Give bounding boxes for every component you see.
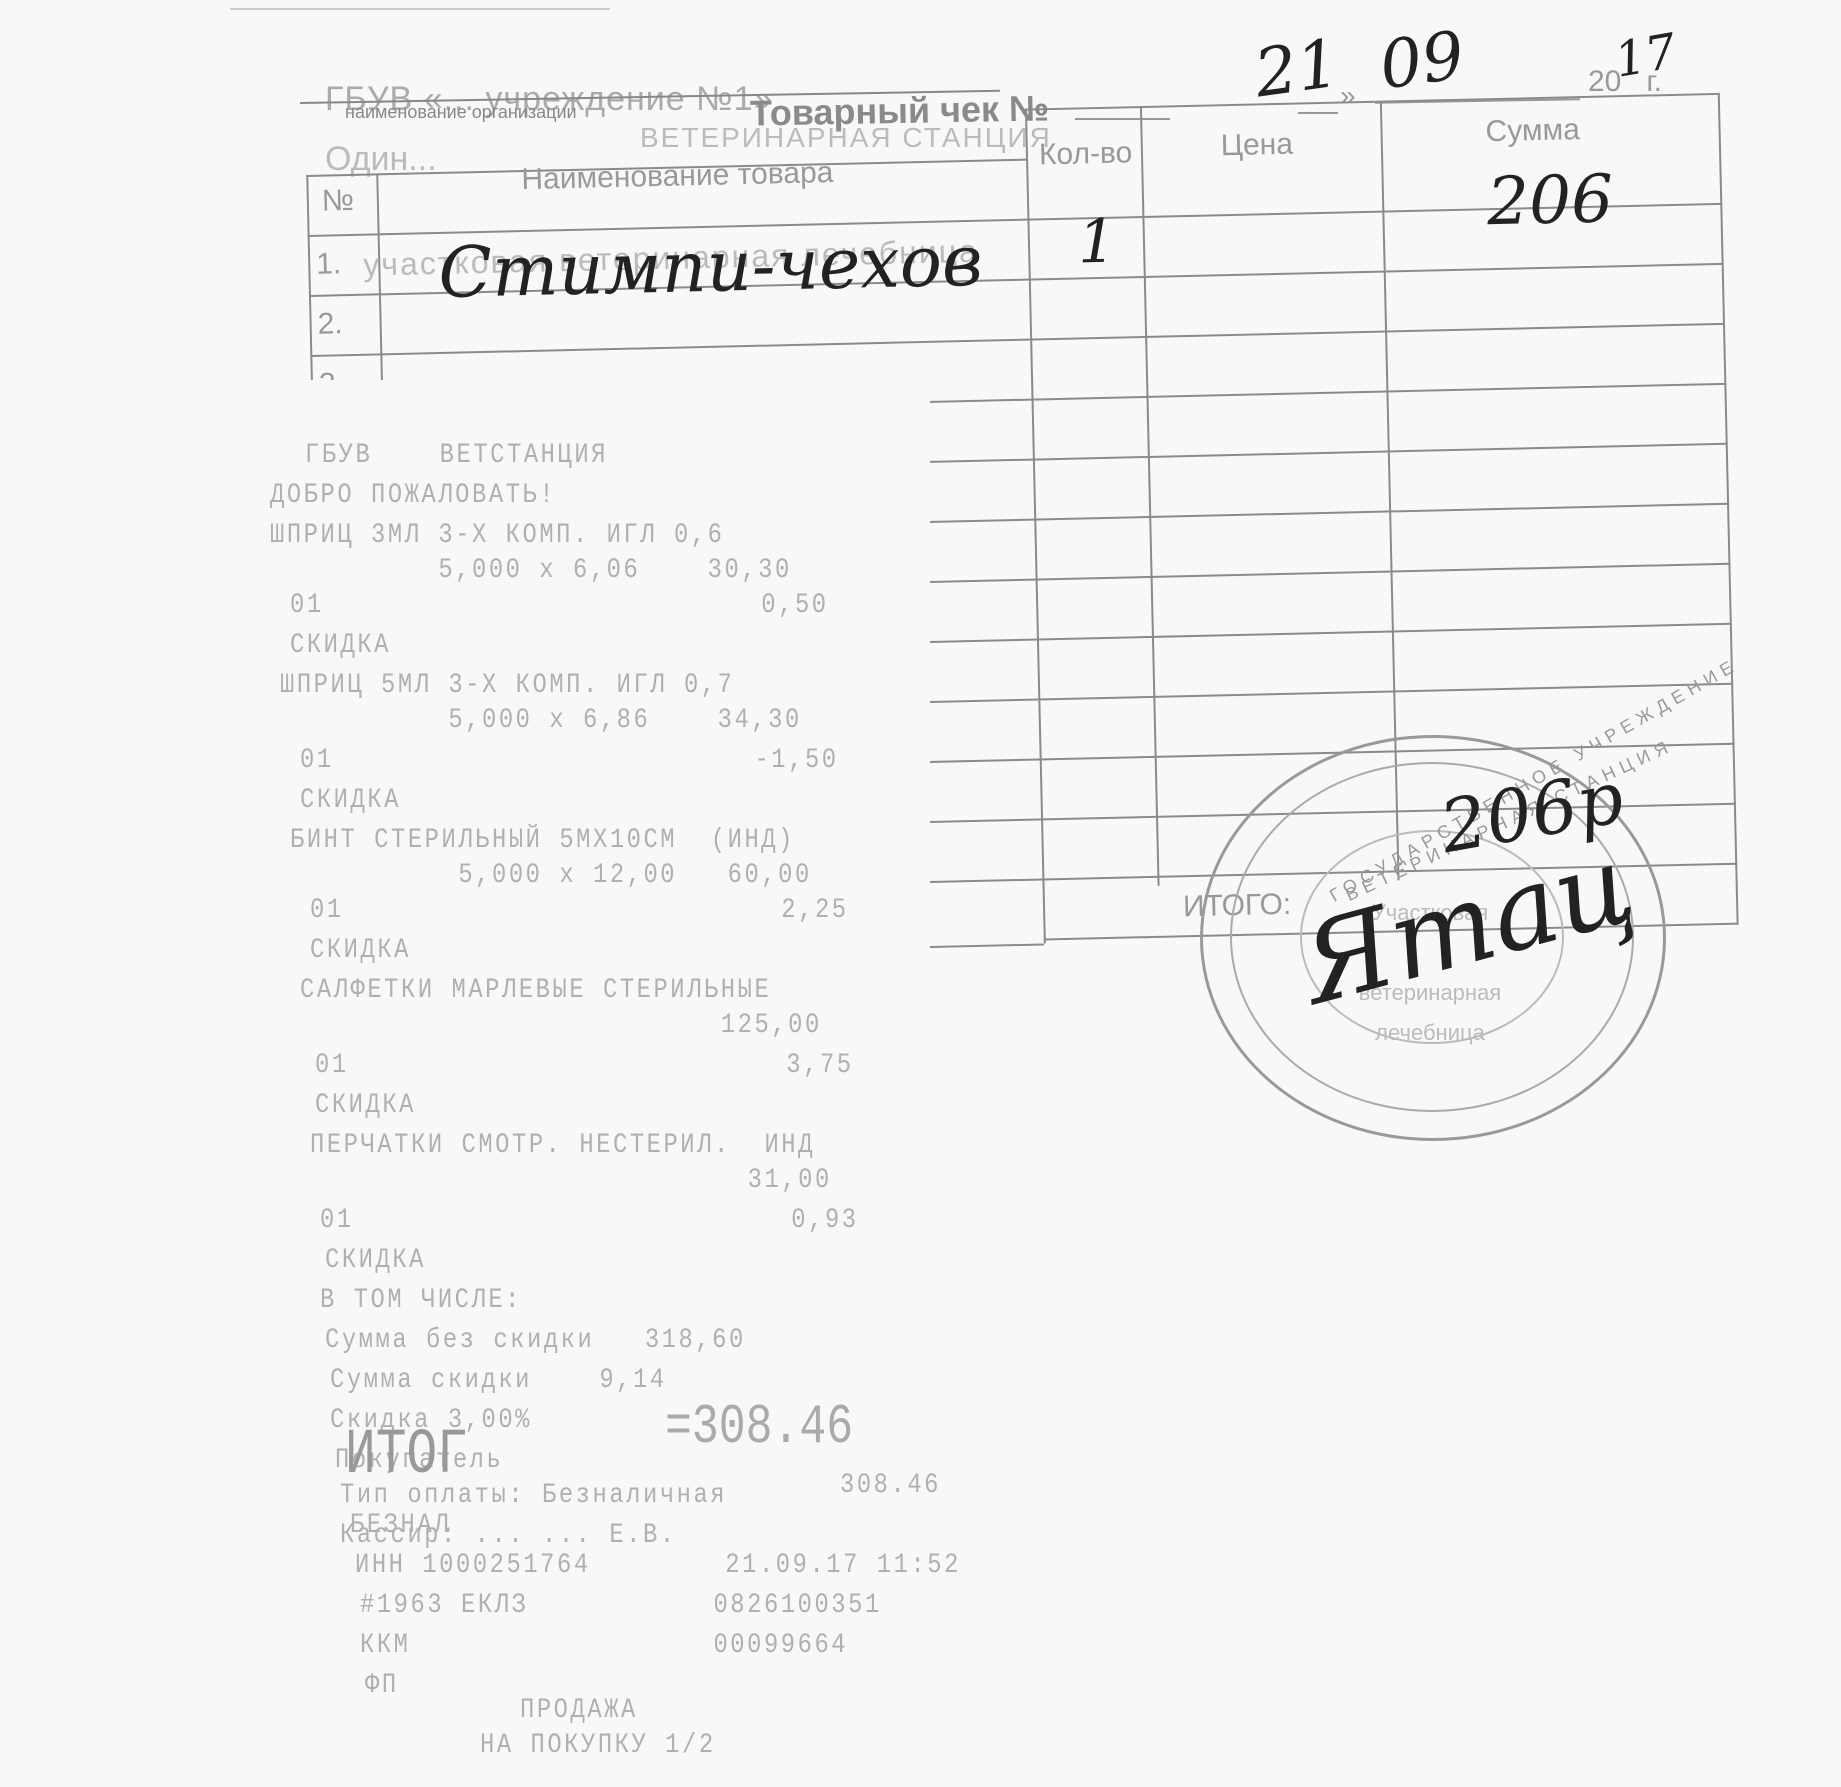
header-sum: Сумма [1485,113,1580,149]
receipt-line: Сумма скидки 9,14 [330,1365,667,1396]
receipt-line: 01 0,93 [320,1205,859,1236]
receipt-footer-line: ККМ 00099664 [360,1630,848,1661]
receipt-line: Сумма без скидки 318,60 [325,1325,746,1356]
row-2-number: 2. [317,307,343,342]
date-month-handwritten: 09 [1375,17,1469,105]
receipt-line: 01 2,25 [310,895,849,926]
row-4-bottom [893,443,1728,464]
receipt-footer-line: НА ПОКУПКУ 1/2 [480,1730,716,1761]
receipt-line: СКИДКА [310,935,411,966]
row-5-bottom [894,503,1729,524]
receipt-total-value: =308.46 [665,1395,853,1459]
row-1-number: 1. [316,247,342,282]
receipt-line: ШПРИЦ 5МЛ 3-Х КОМП. ИГЛ 0,7 [280,670,734,701]
receipt-line: БИНТ СТЕРИЛЬНЫЙ 5МХ10СМ (ИНД) [290,825,795,856]
col-divider-qty [1140,106,1160,886]
receipt-line: 01 3,75 [315,1050,854,1081]
receipt-line: 5,000 x 6,06 30,30 [270,555,792,586]
date-year-handwritten: 17 [1611,23,1681,89]
stamp-center-line-3: лечебница [1320,1020,1540,1046]
receipt-line: ШПРИЦ 3МЛ 3-Х КОМП. ИГЛ 0,6 [270,520,724,551]
receipt-line: ПЕРЧАТКИ СМОТР. НЕСТЕРИЛ. ИНД [310,1130,815,1161]
row-2-item-name-handwritten: Стимпи-чехов [438,220,984,314]
receipt-line: СКИДКА [290,630,391,661]
receipt-total-label: ИТОГ [345,1420,468,1492]
row-7-bottom [897,623,1732,644]
receipt-paid-value: 308.46 [840,1470,941,1501]
receipt-line: 01 0,50 [290,590,829,621]
receipt-line: СКИДКА [325,1245,426,1276]
receipt-line: 31,00 [310,1165,832,1196]
row-2-qty-handwritten: 1 [1077,207,1117,278]
header-qty: Кол-во [1039,136,1133,172]
receipt-line: САЛФЕТКИ МАРЛЕВЫЕ СТЕРИЛЬНЫЕ [300,975,771,1006]
receipt-line: СКИДКА [315,1090,416,1121]
receipt-footer-line: БЕЗНАЛ [350,1510,451,1541]
receipt-line: В ТОМ ЧИСЛЕ: [320,1285,522,1316]
receipt-footer-line: #1963 ЕКЛЗ 0826100351 [360,1590,882,1621]
receipt-line: 5,000 x 12,00 60,00 [290,860,812,891]
scan-edge-line [230,8,610,10]
receipt-footer-line: ИНН 1000251764 21.09.17 11:52 [355,1550,961,1581]
receipt-line: 01 -1,50 [300,745,839,776]
table-top-border-right [1025,93,1720,111]
table-right-border [1718,93,1739,923]
row-8-bottom [898,683,1733,704]
cash-receipt: ГБУВ ВЕТСТАНЦИЯ ДОБРО ПОЖАЛОВАТЬ! ШПРИЦ … [250,380,930,1760]
receipt-footer-line: ФП [365,1670,399,1701]
receipt-line: ДОБРО ПОЖАЛОВАТЬ! [270,480,556,511]
header-name: Наименование товара [521,156,834,197]
receipt-footer-line: ПРОДАЖА [520,1695,638,1726]
receipt-line: 5,000 x 6,86 34,30 [280,705,802,736]
header-num: № [321,184,354,219]
header-price: Цена [1220,128,1293,164]
receipt-line: 125,00 [300,1010,822,1041]
receipt-line: СКИДКА [300,785,401,816]
row-6-bottom [896,563,1731,584]
row-2-sum-handwritten: 206 [1486,160,1614,240]
row-2-bottom [310,323,1725,357]
receipt-line: ГБУВ ВЕТСТАНЦИЯ [305,440,608,471]
